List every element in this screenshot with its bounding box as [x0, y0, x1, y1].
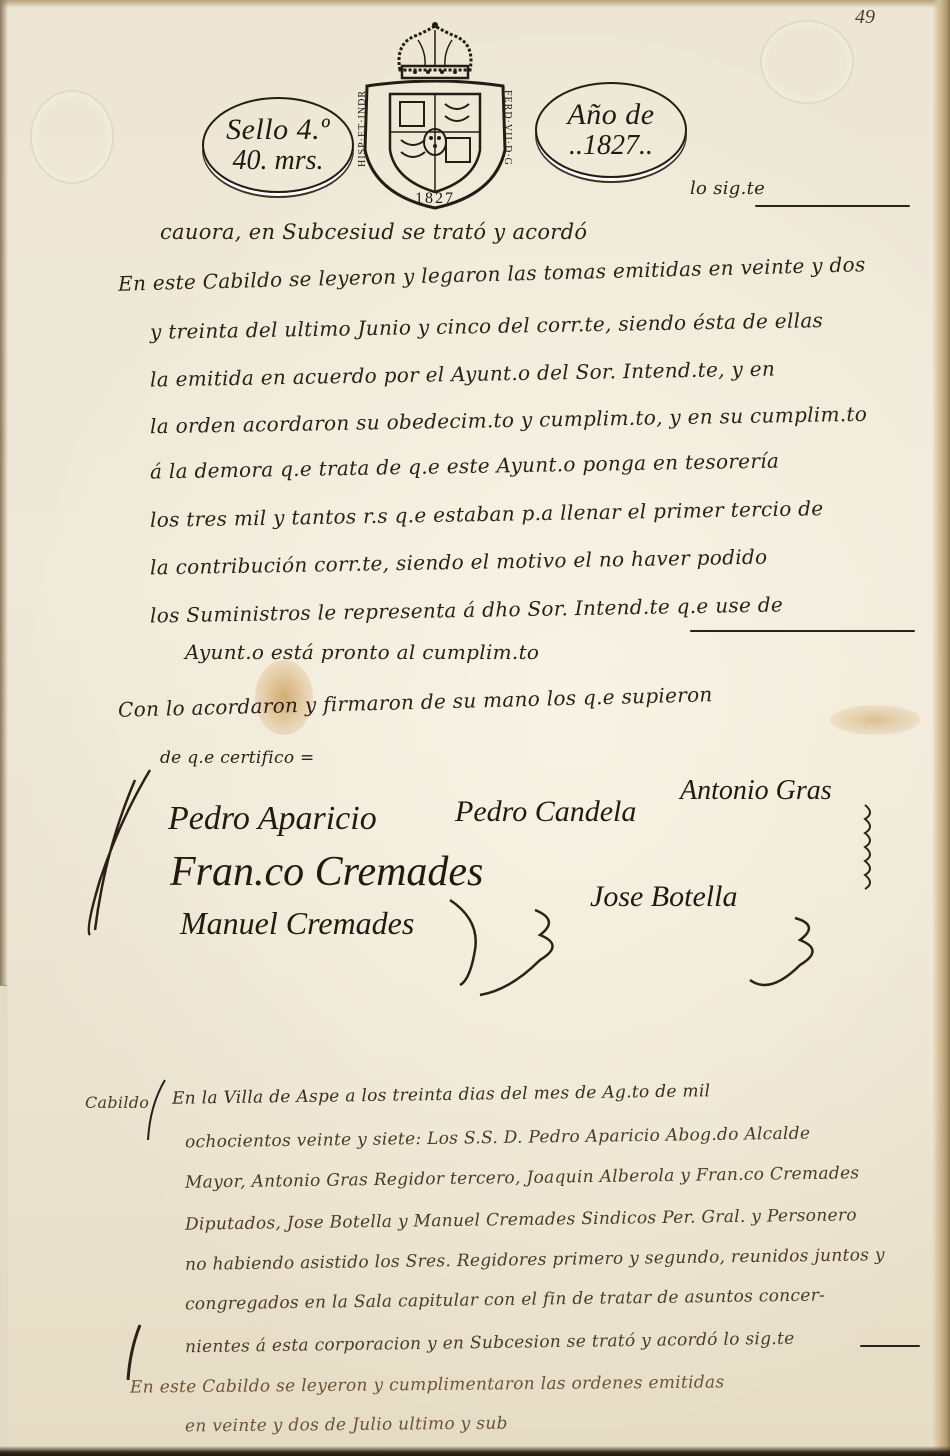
tax-stamp-seal: Sello 4.º 40. mrs. H [190, 22, 695, 207]
text-line: En este Cabildo se leyeron y cumplimenta… [130, 1372, 725, 1397]
page-bottom-edge [0, 1446, 950, 1456]
signature: Pedro Candela [455, 795, 636, 829]
text-line: Con lo acordaron y firmaron de su mano l… [118, 682, 713, 722]
stamp-year-value: ..1827.. [569, 131, 653, 161]
shield-year: 1827 [345, 190, 525, 208]
text-line: ochocientos veinte y siete: Los S.S. D. … [185, 1124, 810, 1153]
stamp-price: 40. mrs. [232, 146, 323, 176]
text-line: no habiendo asistido los Sres. Regidores… [185, 1245, 885, 1275]
stamp-year-oval: Año de ..1827.. [535, 82, 687, 178]
royal-crown-icon [390, 22, 480, 80]
book-binding [932, 0, 950, 1456]
signature: Fran.co Cremades [170, 848, 483, 896]
signature: Antonio Gras [680, 775, 832, 807]
line-filler-rule [860, 1345, 920, 1347]
signature: Manuel Cremades [180, 905, 414, 942]
text-line: lo sig.te [690, 178, 765, 199]
rubric-flourish-icon [850, 800, 880, 900]
shield-legend-right: FERD·VII·D·G [502, 90, 513, 166]
stain-mark [830, 705, 920, 735]
text-line: En este Cabildo se leyeron y legaron las… [118, 252, 866, 296]
text-line: los tres mil y tantos r.s q.e estaban p.… [150, 496, 824, 532]
text-line: la emitida en acuerdo por el Ayunt.o del… [150, 357, 775, 392]
text-line: Mayor, Antonio Gras Regidor tercero, Joa… [185, 1163, 860, 1192]
text-line: la contribución corr.te, siendo el motiv… [150, 545, 768, 580]
page-top-edge [0, 0, 950, 8]
text-line: y treinta del ultimo Junio y cinco del c… [150, 308, 824, 344]
stamp-class: Sello 4.º [226, 114, 330, 146]
stamp-value-oval: Sello 4.º 40. mrs. [202, 97, 354, 193]
text-line: En la Villa de Aspe a los treinta dias d… [172, 1081, 711, 1109]
text-line: nientes á esta corporacion y en Subcesio… [185, 1329, 795, 1358]
line-filler-rule [690, 630, 915, 632]
folio-number: 49 [855, 6, 875, 29]
text-line: de q.e certifico = [160, 748, 315, 768]
shield-legend-left: HISP·ET·INDR [357, 90, 368, 167]
embossed-watermark-right [760, 20, 854, 104]
text-line: en veinte y dos de Julio ultimo y sub [185, 1414, 508, 1437]
rubric-flourish-icon [80, 760, 160, 940]
text-line: cauora, en Subcesiud se trató y acordó [160, 220, 587, 244]
page-left-step [0, 985, 7, 1456]
rubric-flourish-icon [740, 910, 830, 1000]
signature: Pedro Aparicio [168, 800, 377, 838]
stamp-year-label: Año de [567, 99, 654, 131]
rubric-flourish-icon [440, 890, 580, 1000]
manuscript-page: 49 Sello 4.º 40. mrs. [0, 0, 950, 1456]
line-filler-rule [755, 205, 910, 207]
text-line: Ayunt.o está pronto al cumplim.to [185, 640, 539, 664]
text-line: los Suministros le representa á dho Sor.… [150, 592, 783, 627]
coat-of-arms: HISP·ET·INDR FERD·VII·D·G 1827 [345, 80, 525, 210]
text-line: la orden acordaron su obedecim.to y cump… [150, 402, 867, 439]
bracket-mark-icon [140, 1075, 170, 1145]
text-line: congregados en la Sala capitular con el … [185, 1286, 825, 1315]
signature: Jose Botella [590, 880, 737, 914]
embossed-watermark-left [30, 90, 114, 184]
text-line: á la demora q.e trata de q.e este Ayunt.… [150, 449, 779, 484]
text-line: Diputados, Jose Botella y Manuel Cremade… [185, 1205, 857, 1234]
